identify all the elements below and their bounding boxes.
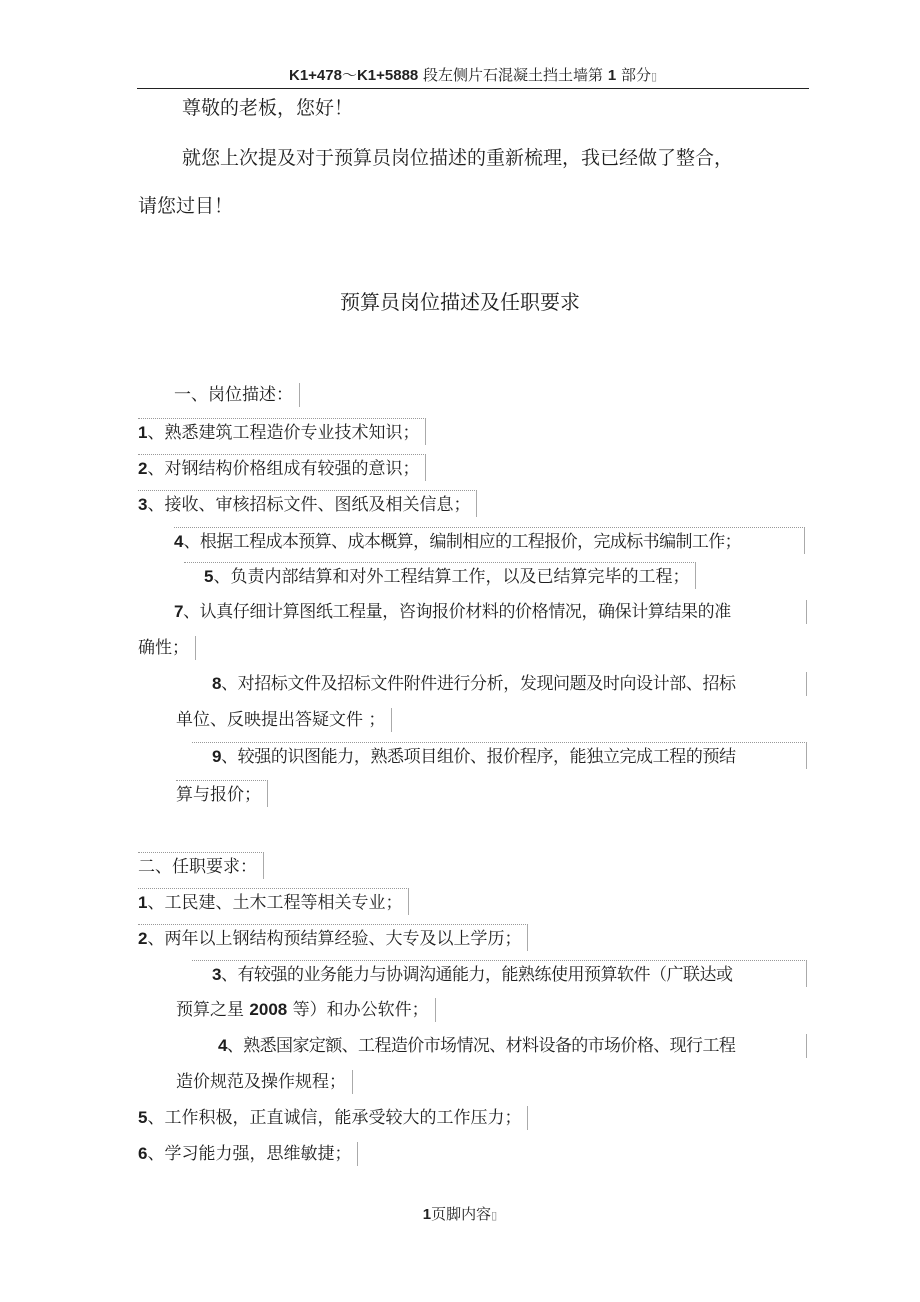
continuation-text: 等）和办公软件； (287, 1000, 428, 1020)
item-text: 、对招标文件及招标文件附件进行分析，发现问题及时向设计部、招标 (221, 674, 736, 694)
page-footer: 1页脚内容▯ (0, 1203, 920, 1227)
item-text: 、两年以上钢结构预结算经验、大专及以上学历； (147, 929, 521, 949)
header-range-end: K1+5888 (357, 67, 418, 84)
section1-item-7: 7、认真仔细计算图纸工程量，咨询报价材料的价格情况，确保计算结果的准 (174, 600, 807, 624)
item-text: 、认真仔细计算图纸工程量，咨询报价材料的价格情况，确保计算结果的准 (183, 602, 731, 622)
document-page: K1+478～K1+5888 段左侧片石混凝土挡土墙第 1 部分▯ 尊敬的老板，… (0, 0, 920, 1302)
section2-item-4-continuation: 造价规范及操作规程； (176, 1070, 353, 1094)
section1-item-1: 1、熟悉建筑工程造价专业技术知识； (138, 418, 426, 445)
section2-item-3: 3、有较强的业务能力与协调沟通能力，能熟练使用预算软件（广联达或 (192, 960, 807, 987)
section2-item-6: 6、学习能力强，思维敏捷； (138, 1142, 358, 1166)
section1-item-4: 4、根据工程成本预算、成本概算，编制相应的工程报价，完成标书编制工作； (174, 527, 805, 554)
section1-item-8: 8、对招标文件及招标文件附件进行分析，发现问题及时向设计部、招标 (212, 672, 807, 696)
item-text: 、熟悉建筑工程造价专业技术知识； (147, 423, 419, 443)
item-text: 、有较强的业务能力与协调沟通能力，能熟练使用预算软件（广联达或 (221, 965, 733, 985)
item-text: 、负责内部结算和对外工程结算工作，以及已结算完毕的工程； (213, 567, 689, 587)
page-header: K1+478～K1+5888 段左侧片石混凝土挡土墙第 1 部分▯ (137, 64, 809, 89)
continuation-text: 预算之星 (176, 1000, 249, 1020)
section1-item-9: 9、较强的识图能力，熟悉项目组价、报价程序，能独立完成工程的预结 (192, 742, 807, 769)
letter-body-line1: 就您上次提及对于预算员岗位描述的重新梳理，我已经做了整合， (182, 144, 733, 172)
item-text: 、接收、审核招标文件、图纸及相关信息； (147, 495, 470, 515)
letter-body-line2: 请您过目！ (138, 192, 233, 220)
footer-end-mark: ▯ (491, 1209, 497, 1222)
section2-item-2: 2、两年以上钢结构预结算经验、大专及以上学历； (138, 924, 528, 951)
item-text: 、学习能力强，思维敏捷； (147, 1144, 351, 1164)
item-text: 、工作积极，正直诚信，能承受较大的工作压力； (147, 1108, 521, 1128)
header-text-b: 部分 (616, 66, 651, 84)
header-part-number: 1 (608, 67, 616, 84)
item-text: 、对钢结构价格组成有较强的意识； (147, 459, 419, 479)
section1-item-8-continuation: 单位、反映提出答疑文件 ； (176, 708, 392, 732)
item-text: 、较强的识图能力，熟悉项目组价、报价程序，能独立完成工程的预结 (221, 747, 736, 767)
footer-page-number: 1 (423, 1206, 431, 1223)
item-number: 9 (212, 747, 221, 766)
item-number: 7 (174, 602, 183, 621)
section2-item-3-continuation: 预算之星 2008 等）和办公软件； (176, 998, 436, 1022)
section1-item-3: 3、接收、审核招标文件、图纸及相关信息； (138, 490, 477, 517)
header-range-start: K1+478 (289, 67, 342, 84)
section2-item-5: 5、工作积极，正直诚信，能承受较大的工作压力； (138, 1106, 528, 1130)
section2-item-1: 1、工民建、土木工程等相关专业； (138, 888, 409, 915)
item-text: 、熟悉国家定额、工程造价市场情况、材料设备的市场价格、现行工程 (227, 1036, 735, 1056)
document-title: 预算员岗位描述及任职要求 (0, 288, 920, 316)
item-text: 、工民建、土木工程等相关专业； (147, 893, 402, 913)
item-number: 3 (212, 965, 221, 984)
section2-item-4: 4、熟悉国家定额、工程造价市场情况、材料设备的市场价格、现行工程 (218, 1034, 807, 1058)
section1-item-2: 2、对钢结构价格组成有较强的意识； (138, 454, 426, 481)
section1-item-9-continuation: 算与报价； (176, 780, 268, 807)
letter-greeting: 尊敬的老板，您好！ (182, 94, 353, 122)
item-number: 4 (218, 1036, 227, 1055)
footer-text: 页脚内容 (431, 1205, 491, 1223)
section1-item-7-continuation: 确性； (138, 636, 196, 660)
header-end-mark: ▯ (651, 70, 657, 83)
header-text-a: 段左侧片石混凝土挡土墙第 (418, 66, 608, 84)
section2-heading: 二、任职要求： (138, 852, 264, 879)
item-text: 、根据工程成本预算、成本概算，编制相应的工程报价，完成标书编制工作； (183, 532, 741, 552)
header-separator: ～ (342, 66, 357, 84)
section1-item-5: 5、负责内部结算和对外工程结算工作，以及已结算完毕的工程； (184, 562, 696, 589)
section1-heading: 一、岗位描述： (174, 383, 300, 407)
software-version: 2008 (249, 1000, 287, 1019)
item-number: 8 (212, 674, 221, 693)
